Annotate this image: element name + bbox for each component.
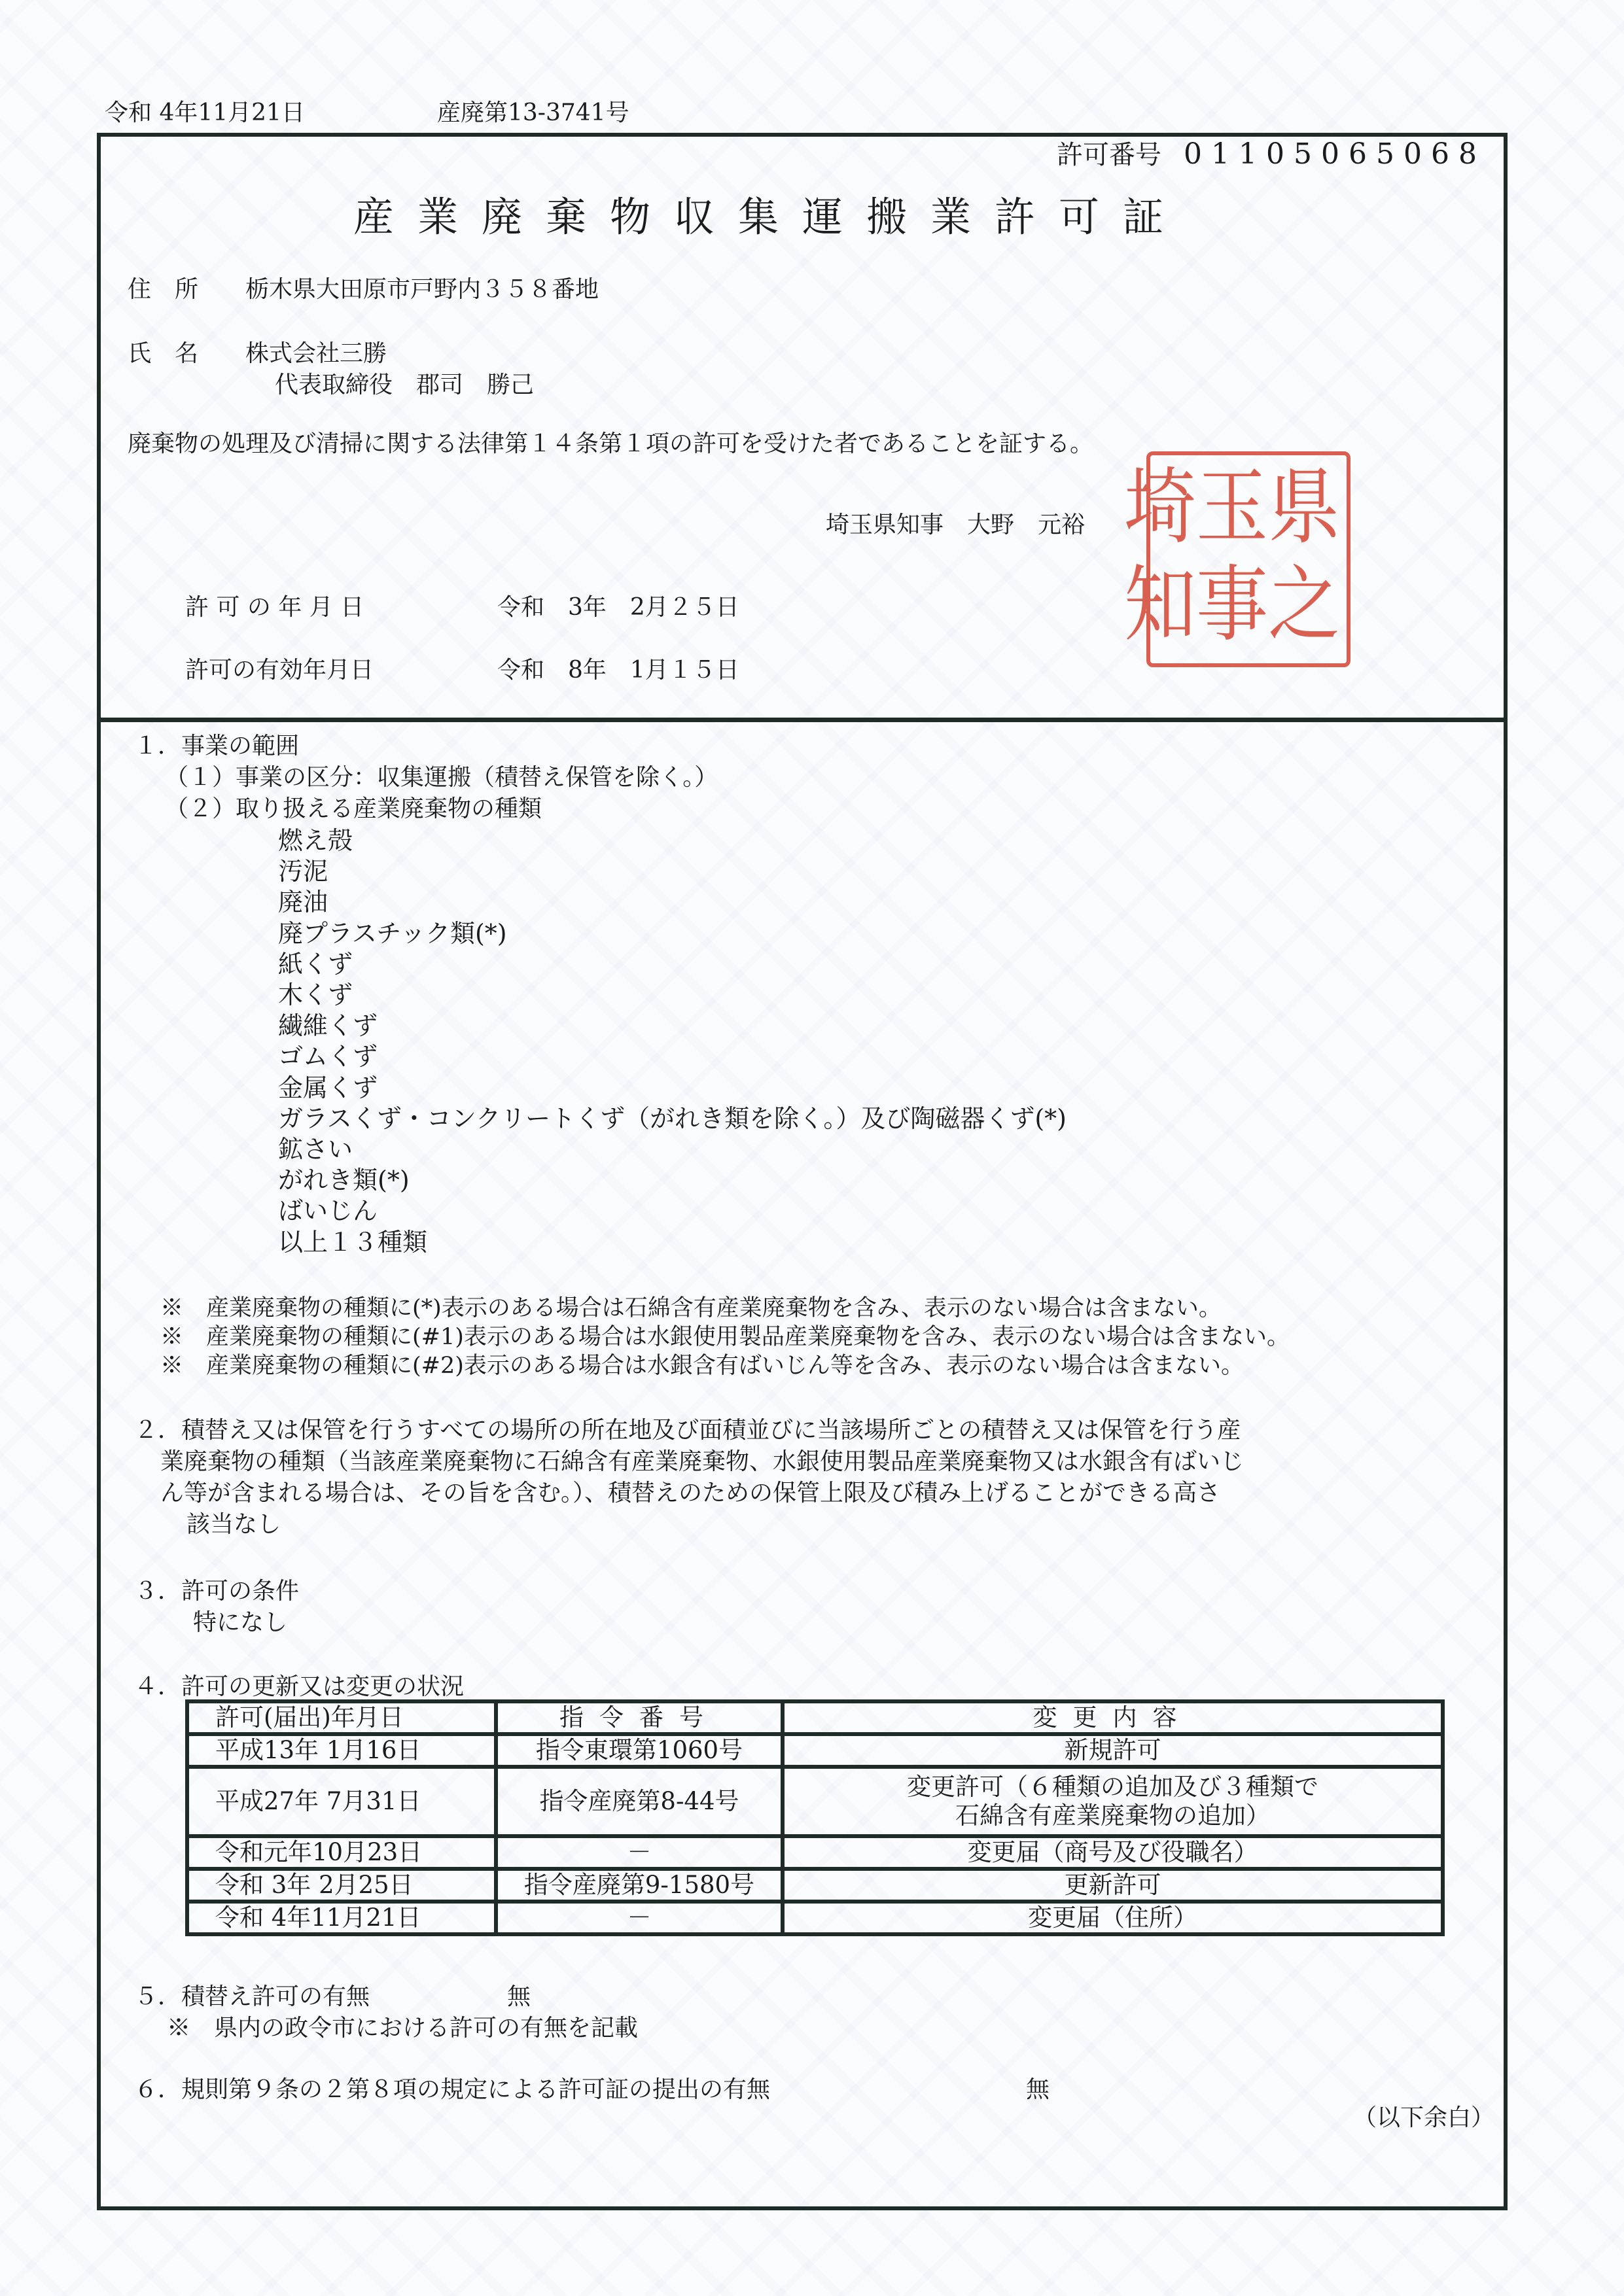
- note-mercury-dust: ※ 産業廃棄物の種類に(#2)表示のある場合は水銀含有ばいじん等を含み、表示のな…: [160, 1351, 1244, 1381]
- cell-change: 変更許可（６種類の追加及び３種類で 石綿含有産業廃棄物の追加）: [783, 1767, 1443, 1836]
- section2-line3: ん等が含まれる場合は、その旨を含む。）、積替えのための保管上限及び積み上げること…: [160, 1478, 1220, 1508]
- cell-date: 平成13年 1月16日: [187, 1734, 496, 1767]
- cell-date: 令和元年10月23日: [187, 1836, 496, 1869]
- permit-history-table: 許可(届出)年月日 指令番号 変更内容 平成13年 1月16日指令東環第1060…: [185, 1699, 1445, 1936]
- section3-heading: ３．許可の条件: [134, 1576, 299, 1607]
- waste-type-item: 鉱さい: [278, 1134, 353, 1164]
- waste-type-item: 廃プラスチック類(*): [278, 918, 507, 948]
- issuer: 埼玉県知事 大野 元裕: [826, 510, 1085, 540]
- cell-date: 平成27年 7月31日: [187, 1767, 496, 1836]
- address-label: 住 所: [128, 275, 198, 305]
- permit-date-label: 許 可 の 年 月 日: [185, 593, 364, 623]
- cell-order: 指令産廃第9-1580号: [496, 1869, 783, 1902]
- waste-type-item: 金属くず: [278, 1073, 378, 1103]
- cell-order: 指令産廃第8-44号: [496, 1767, 783, 1836]
- cell-change: 更新許可: [783, 1869, 1443, 1902]
- cell-order: －: [496, 1836, 783, 1869]
- cell-date: 令和 4年11月21日: [187, 1902, 496, 1934]
- section1-heading: １．事業の範囲: [134, 731, 299, 761]
- table-row: 平成27年 7月31日指令産廃第8-44号変更許可（６種類の追加及び３種類で 石…: [187, 1767, 1443, 1836]
- permit-number: 許可番号01105065068: [1057, 134, 1486, 171]
- column-header-order: 指令番号: [496, 1701, 783, 1734]
- issue-date: 令和 4年11月21日: [105, 98, 305, 128]
- waste-type-item: 以上１３種類: [278, 1227, 427, 1257]
- permit-number-value: 01105065068: [1184, 137, 1486, 171]
- document-number: 産廃第13-3741号: [437, 98, 629, 128]
- cell-change: 変更届（商号及び役職名）: [783, 1836, 1443, 1869]
- section5-note: ※ 県内の政令市における許可の有無を記載: [167, 2013, 638, 2044]
- column-header-change: 変更内容: [783, 1701, 1443, 1734]
- waste-type-item: ばいじん: [278, 1196, 378, 1226]
- waste-type-item: 繊維くず: [278, 1011, 378, 1041]
- business-category: （１）事業の区分：収集運搬（積替え保管を除く。）: [165, 763, 718, 793]
- section5-value: 無: [507, 1982, 531, 2012]
- permit-number-label: 許可番号: [1057, 140, 1161, 170]
- section-divider: [97, 718, 1508, 722]
- waste-type-item: 紙くず: [278, 949, 353, 979]
- cell-order: －: [496, 1902, 783, 1934]
- expiry-date: 令和 8年 1月１５日: [497, 655, 739, 686]
- table-row: 平成13年 1月16日指令東環第1060号新規許可: [187, 1734, 1443, 1767]
- waste-type-item: 燃え殻: [278, 826, 353, 856]
- cell-change: 新規許可: [783, 1734, 1443, 1767]
- waste-type-item: 汚泥: [278, 856, 328, 886]
- certificate-title: 産業廃棄物収集運搬業許可証: [353, 184, 1187, 243]
- name-label: 氏 名: [128, 339, 198, 369]
- waste-type-item: ゴムくず: [278, 1041, 378, 1071]
- official-seal-stamp: 県 之 玉 事 埼 知: [1146, 451, 1350, 667]
- section2-line1: ２．積替え又は保管を行うすべての場所の所在地及び面積並びに当該場所ごとの積替え又…: [134, 1416, 1241, 1446]
- section4-heading: ４．許可の更新又は変更の状況: [134, 1672, 464, 1702]
- waste-type-item: がれき類(*): [278, 1165, 410, 1195]
- table-row: 令和 3年 2月25日指令産廃第9-1580号更新許可: [187, 1869, 1443, 1902]
- waste-type-item: 木くず: [278, 980, 353, 1010]
- waste-type-item: ガラスくず・コンクリートくず（がれき類を除く。）及び陶磁器くず(*): [278, 1104, 1067, 1134]
- note-mercury-products: ※ 産業廃棄物の種類に(#1)表示のある場合は水銀使用製品産業廃棄物を含み、表示…: [160, 1323, 1290, 1352]
- address-value: 栃木県大田原市戸野内３５８番地: [245, 275, 599, 305]
- note-asbestos: ※ 産業廃棄物の種類に(*)表示のある場合は石綿含有産業廃棄物を含み、表示のない…: [160, 1294, 1222, 1323]
- section2-line2: 業廃棄物の種類（当該産業廃棄物に石綿含有産業廃棄物、水銀使用製品産業廃棄物又は水…: [160, 1447, 1244, 1477]
- section3-value: 特になし: [193, 1608, 287, 1638]
- cell-date: 令和 3年 2月25日: [187, 1869, 496, 1902]
- column-header-date: 許可(届出)年月日: [187, 1701, 496, 1734]
- section6-heading: ６．規則第９条の２第８項の規定による許可証の提出の有無: [134, 2075, 770, 2105]
- company-name: 株式会社三勝: [245, 339, 387, 369]
- cell-order: 指令東環第1060号: [496, 1734, 783, 1767]
- expiry-date-label: 許可の有効年月日: [185, 655, 374, 686]
- cell-change: 変更届（住所）: [783, 1902, 1443, 1934]
- certification-statement: 廃棄物の処理及び清掃に関する法律第１４条第１項の許可を受けた者であることを証する…: [128, 429, 1093, 459]
- permit-date: 令和 3年 2月２５日: [497, 593, 739, 623]
- table-row: 令和 4年11月21日－変更届（住所）: [187, 1902, 1443, 1934]
- section6-value: 無: [1026, 2075, 1050, 2105]
- section5-heading: ５．積替え許可の有無: [134, 1982, 370, 2012]
- waste-type-item: 廃油: [278, 887, 328, 917]
- end-of-document-mark: （以下余白）: [1353, 2103, 1494, 2133]
- waste-types-heading: （２）取り扱える産業廃棄物の種類: [165, 794, 542, 824]
- table-row: 令和元年10月23日－変更届（商号及び役職名）: [187, 1836, 1443, 1869]
- section2-value: 該当なし: [186, 1510, 281, 1540]
- representative: 代表取締役 郡司 勝己: [275, 370, 534, 400]
- table-header-row: 許可(届出)年月日 指令番号 変更内容: [187, 1701, 1443, 1734]
